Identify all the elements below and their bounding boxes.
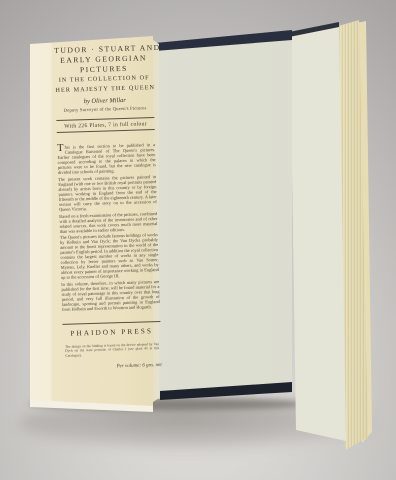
title-block: TUDOR · STUART AND EARLY GEORGIAN PICTUR…: [54, 43, 154, 113]
photo-of-open-book: TUDOR · STUART AND EARLY GEORGIAN PICTUR…: [0, 0, 396, 480]
divider-rule: [62, 321, 160, 325]
binding-design-note: The design on the binding is based on th…: [65, 342, 159, 358]
publisher-name: PHAIDON PRESS: [63, 327, 161, 338]
blurb-paragraph: In this volume, therefore, in which many…: [61, 279, 160, 312]
book-subtitle-line: HER MAJESTY THE QUEEN: [55, 83, 153, 96]
author-role: Deputy Surveyor of the Queen's Pictures: [56, 105, 154, 113]
blurb-paragraphs: This is the first section to be publishe…: [57, 142, 160, 314]
blurb-paragraph: The present work contains the pictures p…: [58, 174, 157, 212]
flap-printed-text: TUDOR · STUART AND EARLY GEORGIAN PICTUR…: [54, 37, 163, 400]
blurb-paragraph: The Queen's pictures include famous hold…: [60, 232, 159, 280]
blurb-paragraph: Based on a fresh examination of the pict…: [59, 211, 158, 234]
blurb-paragraph: This is the first section to be publishe…: [57, 142, 156, 175]
plates-note: With 226 Plates, 7 in full colour: [56, 117, 154, 133]
price-note: Per volume: 6 gns. net: [64, 363, 162, 371]
